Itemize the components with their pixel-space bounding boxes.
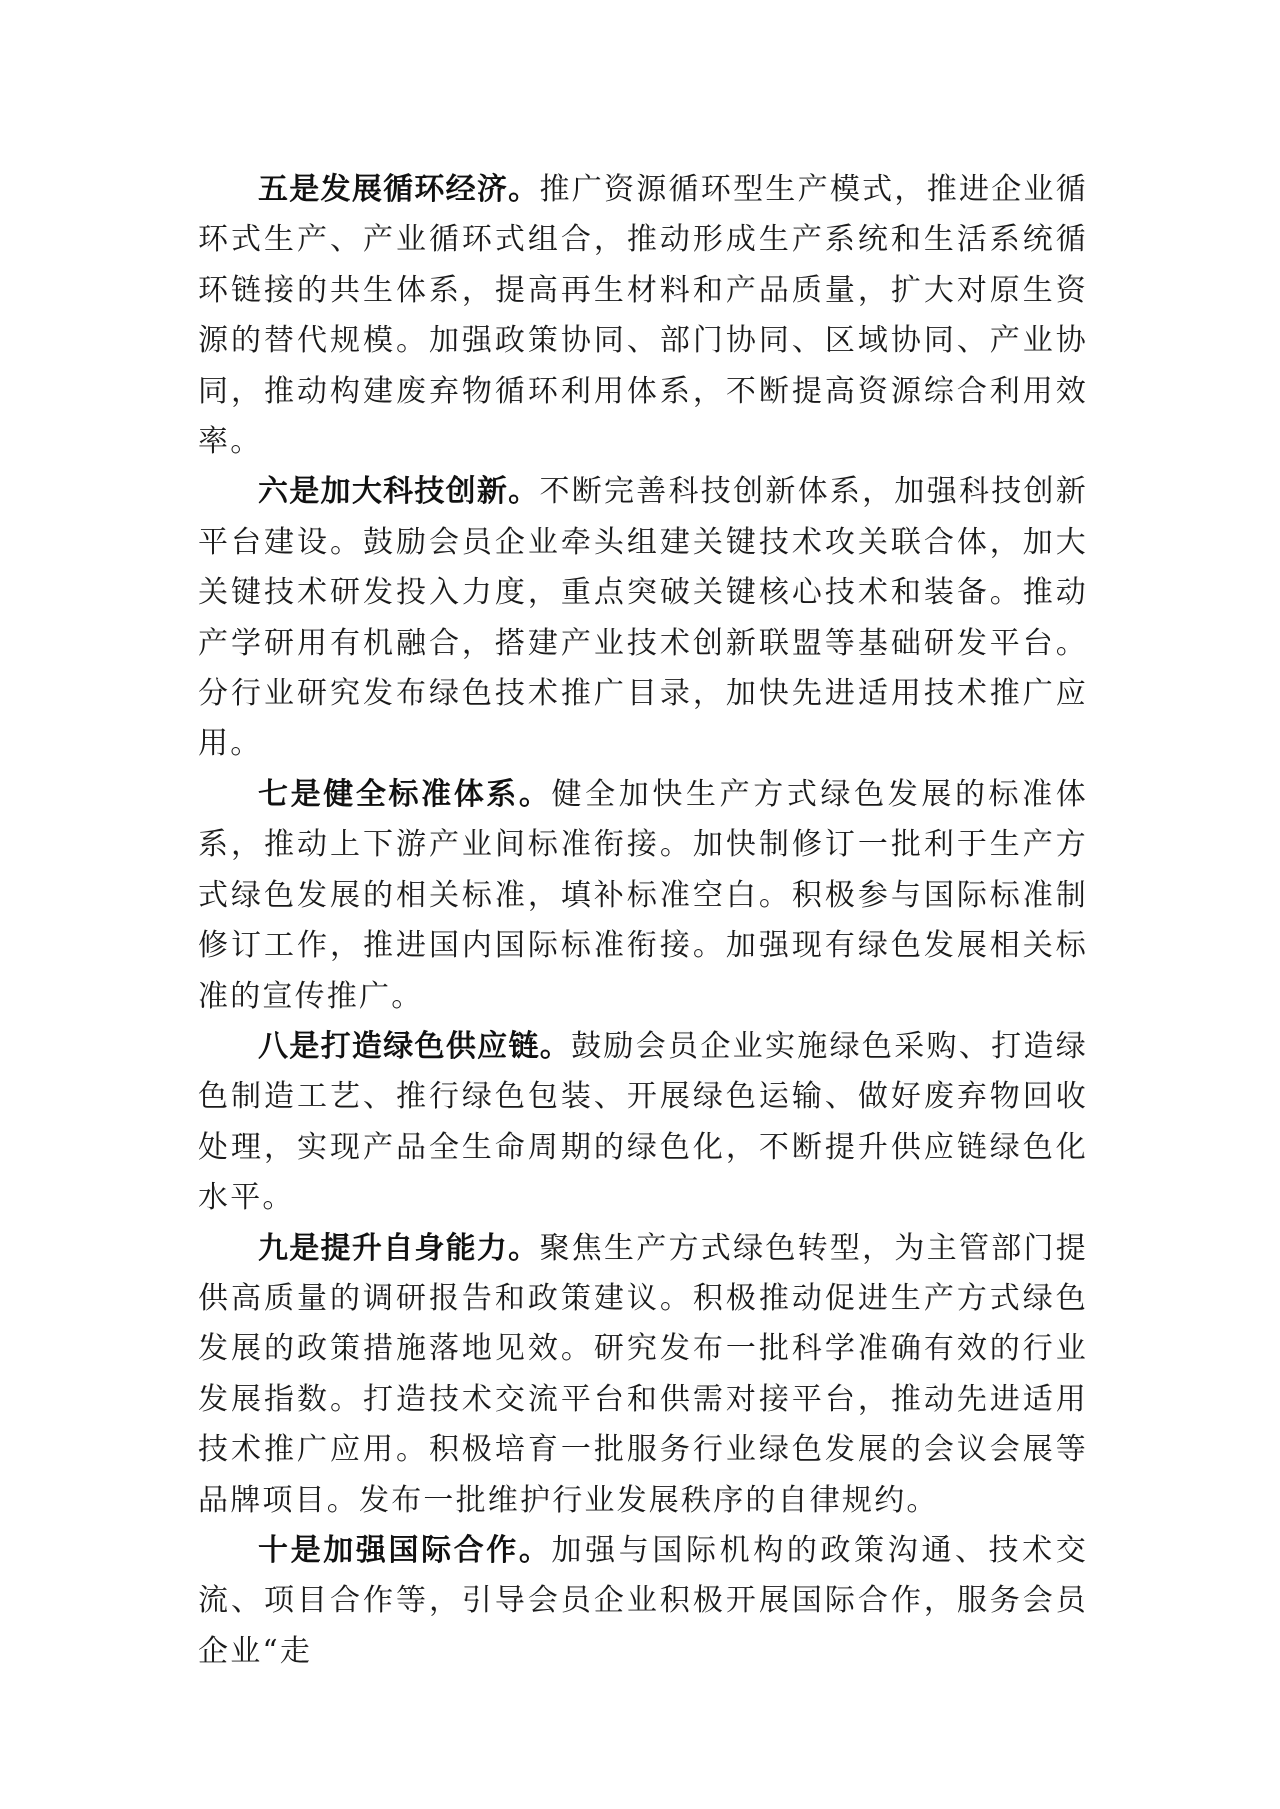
paragraph-heading: 六是加大科技创新。: [258, 474, 539, 509]
paragraph-body: 聚焦生产方式绿色转型，为主管部门提供高质量的调研报告和政策建议。积极推动促进生产…: [198, 1231, 1088, 1518]
paragraph-international: 十是加强国际合作。加强与国际机构的政策沟通、技术交流、项目合作等，引导会员企业积…: [198, 1526, 1088, 1677]
paragraph-circular-economy: 五是发展循环经济。推广资源循环型生产模式，推进企业循环式生产、产业循环式组合，推…: [198, 165, 1088, 467]
paragraph-green-supply-chain: 八是打造绿色供应链。鼓励会员企业实施绿色采购、打造绿色制造工艺、推行绿色包装、开…: [198, 1022, 1088, 1224]
document-page: 五是发展循环经济。推广资源循环型生产模式，推进企业循环式生产、产业循环式组合，推…: [198, 165, 1088, 1677]
paragraph-heading: 八是打造绿色供应链。: [258, 1029, 571, 1064]
paragraph-body: 推广资源循环型生产模式，推进企业循环式生产、产业循环式组合，推动形成生产系统和生…: [198, 172, 1088, 459]
paragraph-tech-innovation: 六是加大科技创新。不断完善科技创新体系，加强科技创新平台建设。鼓励会员企业牵头组…: [198, 467, 1088, 769]
paragraph-heading: 七是健全标准体系。: [258, 777, 552, 812]
paragraph-body: 健全加快生产方式绿色发展的标准体系，推动上下游产业间标准衔接。加快制修订一批利于…: [198, 777, 1088, 1014]
paragraph-heading: 九是提升自身能力。: [258, 1231, 539, 1266]
paragraph-capacity: 九是提升自身能力。聚焦生产方式绿色转型，为主管部门提供高质量的调研报告和政策建议…: [198, 1224, 1088, 1526]
paragraph-heading: 五是发展循环经济。: [258, 172, 539, 207]
paragraph-standards: 七是健全标准体系。健全加快生产方式绿色发展的标准体系，推动上下游产业间标准衔接。…: [198, 770, 1088, 1022]
paragraph-body: 不断完善科技创新体系，加强科技创新平台建设。鼓励会员企业牵头组建关键技术攻关联合…: [198, 474, 1088, 761]
paragraph-heading: 十是加强国际合作。: [258, 1533, 552, 1568]
